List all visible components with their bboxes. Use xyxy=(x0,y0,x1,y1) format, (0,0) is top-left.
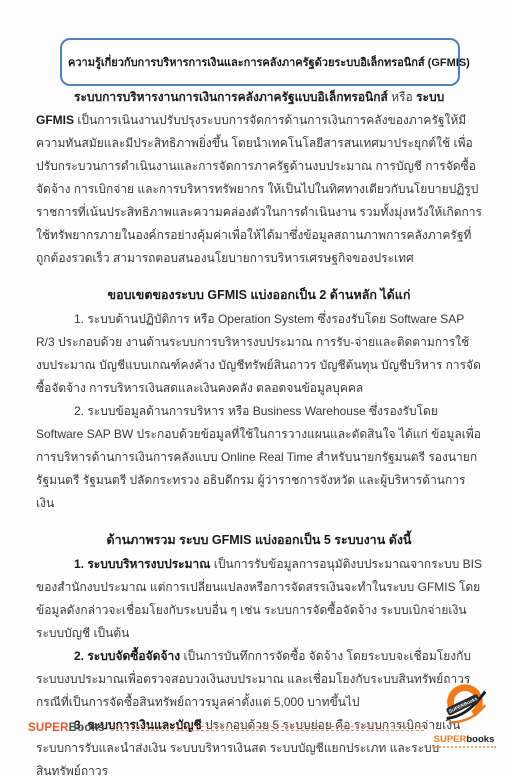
intro-sep: หรือ xyxy=(388,90,416,104)
footer-brand-super: SUPER xyxy=(28,722,69,734)
title-box: ความรู้เกี่ยวกับการบริหารการเงินและการคล… xyxy=(60,38,460,86)
page-title: ความรู้เกี่ยวกับการบริหารการเงินและการคล… xyxy=(68,57,470,69)
scope-item-1: 1. ระบบด้านปฏิบัติการ หรือ Operation Sys… xyxy=(36,308,482,400)
document-body: ระบบการบริหารงานการเงินการคลังภาครัฐแบบอ… xyxy=(36,86,482,776)
superbooks-logo-icon: SUPERBooks xyxy=(435,680,493,730)
overview-item-2-lead: 2. ระบบจัดซื้อจัดจ้าง xyxy=(74,649,180,663)
logo-underline xyxy=(432,746,496,750)
intro-paragraph: ระบบการบริหารงานการเงินการคลังภาครัฐแบบอ… xyxy=(36,86,482,270)
overview-item-1: 1. ระบบบริหารงบประมาณ เป็นการรับข้อมูลกา… xyxy=(36,553,482,645)
intro-bold-1: ระบบการบริหารงานการเงินการคลังภาครัฐแบบอ… xyxy=(74,90,388,104)
document-content: ความรู้เกี่ยวกับการบริหารการเงินและการคล… xyxy=(36,34,482,776)
footer-brand: SUPERBooks xyxy=(28,722,105,734)
logo-wordmark: SUPERbooks xyxy=(428,735,500,745)
page-footer: SUPERBooks SUPERBooks SUPERbooks xyxy=(28,684,502,744)
overview-heading: ด้านภาพรวม ระบบ GFMIS แบ่งออกเป็น 5 ระบบ… xyxy=(36,529,482,552)
footer-brand-books: Books xyxy=(69,722,105,734)
document-page: ความรู้เกี่ยวกับการบริหารการเงินและการคล… xyxy=(0,0,512,776)
logo-wordmark-super: SUPER xyxy=(434,734,467,745)
logo-wordmark-books: books xyxy=(466,734,494,745)
scope-heading: ขอบเขตของระบบ GFMIS แบ่งออกเป็น 2 ด้านหล… xyxy=(36,284,482,307)
scope-item-2: 2. ระบบข้อมูลด้านการบริหาร หรือ Business… xyxy=(36,400,482,515)
intro-rest: เป็นการเนินงานปรับปรุงระบบการจัดการด้านก… xyxy=(36,113,482,265)
footer-row: SUPERBooks xyxy=(28,722,424,734)
superbooks-logo: SUPERBooks SUPERbooks xyxy=(428,680,500,750)
overview-item-1-lead: 1. ระบบบริหารงบประมาณ xyxy=(74,557,210,571)
footer-dashed-divider xyxy=(111,726,424,731)
